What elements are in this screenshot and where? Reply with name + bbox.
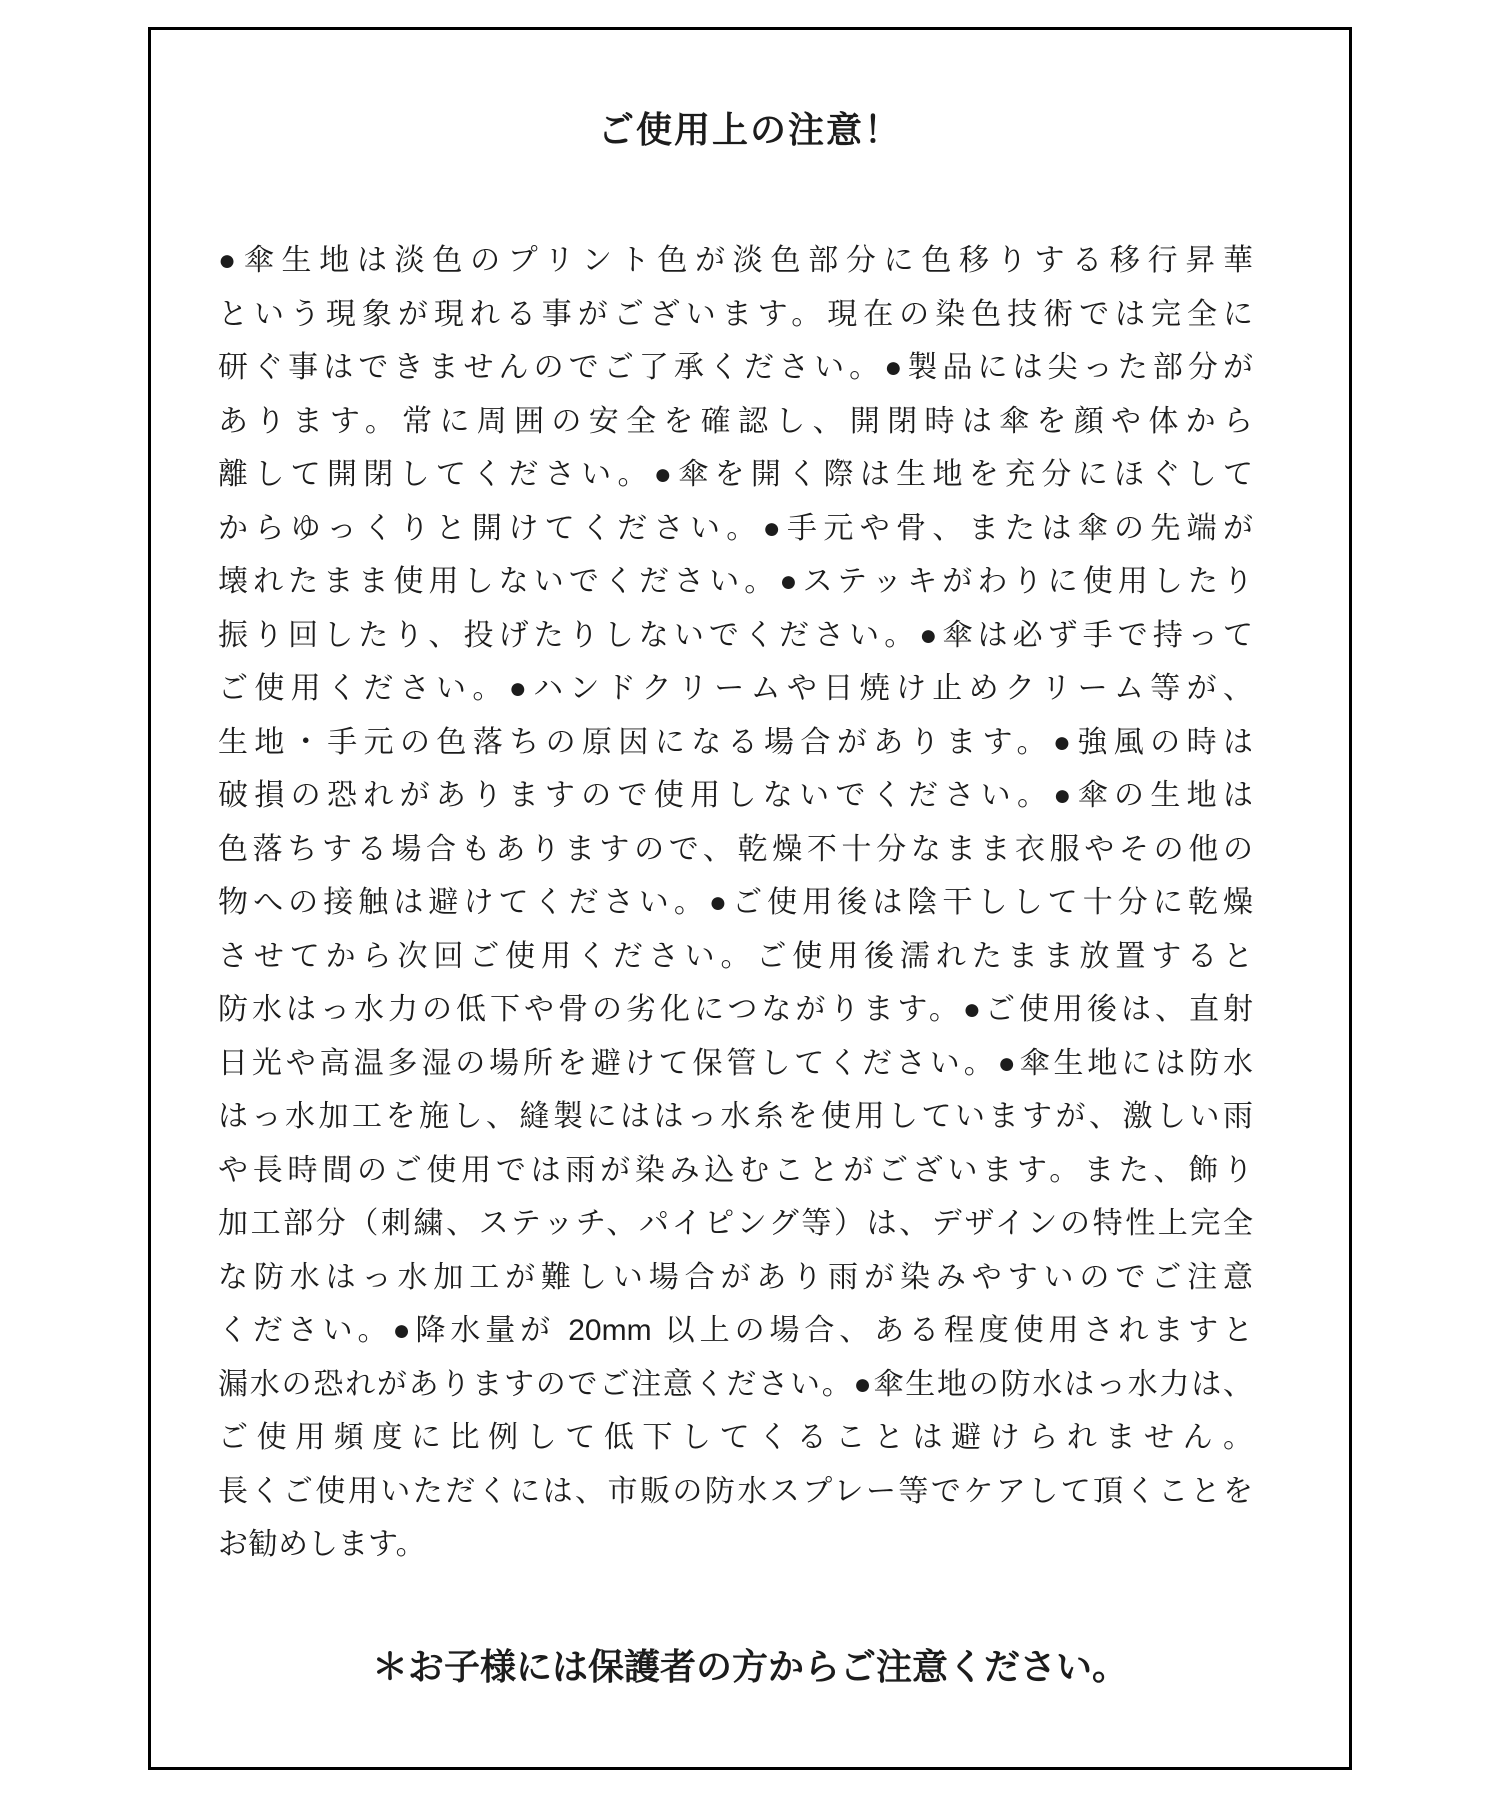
body-line: あります。常に周囲の安全を確認し、開閉時は傘を顔や体から [218,395,1253,449]
body-line: ご使用ください。●ハンドクリームや日焼け止めクリーム等が、 [218,662,1253,716]
footer-caution-note: ＊お子様には保護者の方からご注意ください。 [151,1642,1349,1692]
body-line: や長時間のご使用では雨が染み込むことがございます。また、飾り [218,1144,1253,1198]
body-line: 研ぐ事はできませんのでご了承ください。●製品には尖った部分が [218,341,1253,395]
body-line: させてから次回ご使用ください。ご使用後濡れたまま放置すると [218,930,1253,984]
body-line: 色落ちする場合もありますので、乾燥不十分なまま衣服やその他の [218,823,1253,877]
notice-page: ご使用上の注意！ ●傘生地は淡色のプリント色が淡色部分に色移りする移行昇華 とい… [0,0,1500,1800]
body-line: 防水はっ水力の低下や骨の劣化につながります。●ご使用後は、直射 [218,983,1253,1037]
body-line: 日光や高温多湿の場所を避けて保管してください。●傘生地には防水 [218,1037,1253,1091]
body-line: 物への接触は避けてください。●ご使用後は陰干しして十分に乾燥 [218,876,1253,930]
body-line: 漏水の恐れがありますのでご注意ください。●傘生地の防水はっ水力は、 [218,1358,1253,1412]
body-line: ください。●降水量が 20mm 以上の場合、ある程度使用されますと [218,1304,1253,1358]
body-line: 長くご使用いただくには、市販の防水スプレー等でケアして頂くことを [218,1465,1253,1519]
body-line: はっ水加工を施し、縫製にははっ水糸を使用していますが、激しい雨 [218,1090,1253,1144]
body-line: 壊れたまま使用しないでください。●ステッキがわりに使用したり [218,555,1253,609]
notice-border-frame: ご使用上の注意！ ●傘生地は淡色のプリント色が淡色部分に色移りする移行昇華 とい… [148,27,1352,1770]
body-line: 振り回したり、投げたりしないでください。●傘は必ず手で持って [218,609,1253,663]
body-line: ●傘生地は淡色のプリント色が淡色部分に色移りする移行昇華 [218,234,1253,288]
body-line: 離して開閉してください。●傘を開く際は生地を充分にほぐして [218,448,1253,502]
body-line: 加工部分（刺繍、ステッチ、パイピング等）は、デザインの特性上完全 [218,1197,1253,1251]
body-line: な防水はっ水加工が難しい場合があり雨が染みやすいのでご注意 [218,1251,1253,1305]
page-title: ご使用上の注意！ [151,108,1349,152]
body-line: 破損の恐れがありますので使用しないでください。●傘の生地は [218,769,1253,823]
body-line: お勧めします。 [218,1518,1253,1572]
body-line: ご使用頻度に比例して低下してくることは避けられません。 [218,1411,1253,1465]
notice-body: ●傘生地は淡色のプリント色が淡色部分に色移りする移行昇華 という現象が現れる事が… [218,234,1253,1572]
body-line: からゆっくりと開けてください。●手元や骨、または傘の先端が [218,502,1253,556]
body-line: 生地・手元の色落ちの原因になる場合があります。●強風の時は [218,716,1253,770]
body-line: という現象が現れる事がございます。現在の染色技術では完全に [218,288,1253,342]
